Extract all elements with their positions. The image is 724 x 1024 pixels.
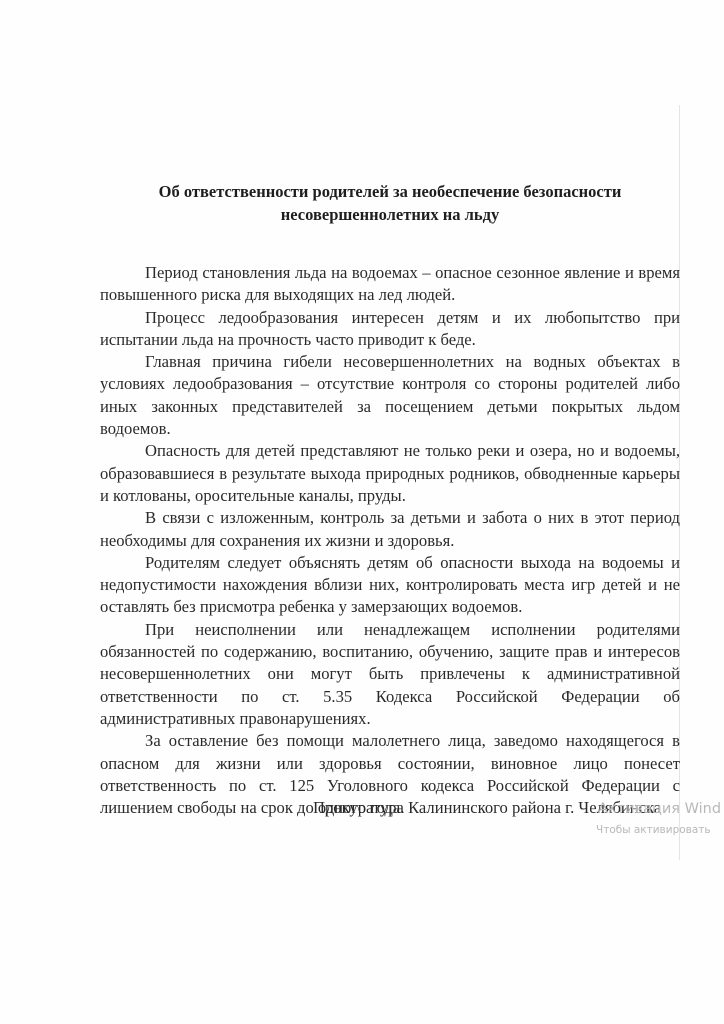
document-title: Об ответственности родителей за необеспе… — [100, 180, 680, 226]
windows-activation-watermark: Активация Wind Чтобы активировать — [598, 800, 721, 838]
paragraph-children-curiosity: Процесс ледообразования интересен детям … — [100, 307, 680, 352]
activation-watermark-subtitle: Чтобы активировать — [596, 822, 721, 838]
paragraph-parent-advice: Родителям следует объяснять детям об опа… — [100, 552, 680, 619]
paragraph-ice-formation-period: Период становления льда на водоемах – оп… — [100, 262, 680, 307]
scanned-document-page: Об ответственности родителей за необеспе… — [0, 0, 724, 1024]
document-body: Период становления льда на водоемах – оп… — [100, 262, 680, 819]
activation-watermark-title: Активация Wind — [598, 800, 721, 818]
paragraph-dangerous-waters: Опасность для детей представляют не толь… — [100, 440, 680, 507]
paragraph-main-cause: Главная причина гибели несовершеннолетни… — [100, 351, 680, 440]
document-title-line-1: Об ответственности родителей за необеспе… — [100, 180, 680, 203]
paragraph-supervision: В связи с изложенным, контроль за детьми… — [100, 507, 680, 552]
document-title-line-2: несовершеннолетних на льду — [100, 203, 680, 226]
paragraph-administrative-liability: При неисполнении или ненадлежащем исполн… — [100, 619, 680, 730]
